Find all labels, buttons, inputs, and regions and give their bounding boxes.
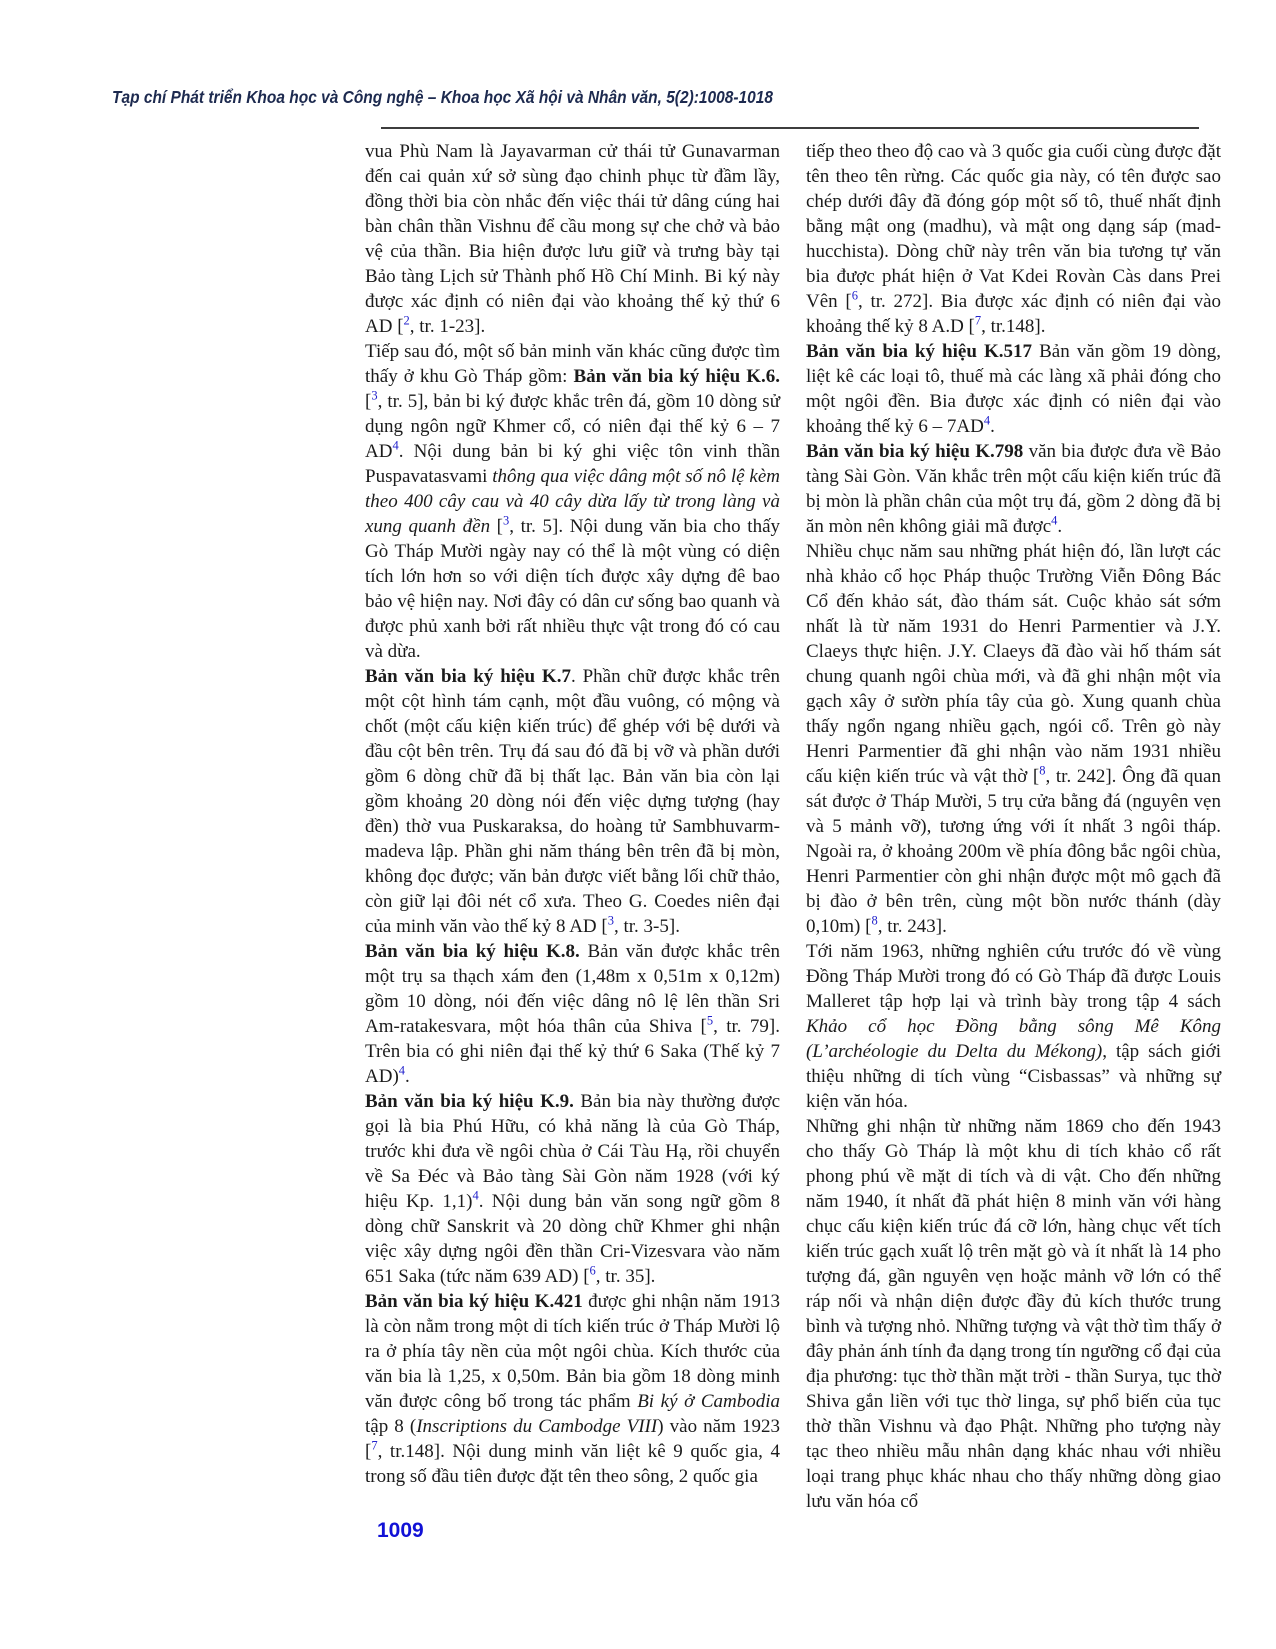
- text-run: Bi ký ở Cambodia: [637, 1391, 780, 1412]
- paragraph: vua Phù Nam là Jayavarman cử thái tử Gun…: [365, 139, 780, 339]
- text-run: .: [405, 1066, 410, 1087]
- paragraph: Những ghi nhận từ những năm 1869 cho đến…: [806, 1114, 1221, 1514]
- text-run: Inscriptions du Cambodge VIII: [416, 1416, 657, 1437]
- paragraph: Tiếp sau đó, một số bản minh văn khác cũ…: [365, 339, 780, 664]
- text-run: Bản văn bia ký hiệu K.798: [806, 441, 1023, 462]
- text-run: , tr.148].: [981, 316, 1045, 337]
- text-run: tập 8 (: [365, 1416, 416, 1437]
- text-run: , tr.148]. Nội dung minh văn liệt kê 9 q…: [365, 1441, 780, 1487]
- page-number: 1009: [377, 1519, 424, 1543]
- paragraph: Bản văn bia ký hiệu K.8. Bản văn được kh…: [365, 939, 780, 1089]
- text-run: Bản văn bia ký hiệu K.9.: [365, 1091, 574, 1112]
- text-run: , tr. 242]. Ông đã quan sát được ở Tháp …: [806, 766, 1221, 937]
- paragraph: tiếp theo theo độ cao và 3 quốc gia cuối…: [806, 139, 1221, 339]
- text-run: Bản văn bia ký hiệu K.6.: [573, 366, 780, 387]
- text-run: , tr. 35].: [596, 1266, 656, 1287]
- paragraph: Bản văn bia ký hiệu K.9. Bản bia này thư…: [365, 1089, 780, 1289]
- paragraph: Bản văn bia ký hiệu K.798 văn bia được đ…: [806, 439, 1221, 539]
- text-run: , tr. 243].: [878, 916, 947, 937]
- paragraph: Bản văn bia ký hiệu K.517 Bản văn gồm 19…: [806, 339, 1221, 439]
- text-run: Bản văn bia ký hiệu K.7: [365, 666, 571, 687]
- text-run: .: [1057, 516, 1062, 537]
- text-run: , tr. 1-23].: [410, 316, 485, 337]
- paragraph: Bản văn bia ký hiệu K.7. Phần chữ được k…: [365, 664, 780, 939]
- paragraph: Bản văn bia ký hiệu K.421 được ghi nhận …: [365, 1289, 780, 1489]
- paragraph: Tới năm 1963, những nghiên cứu trước đó …: [806, 939, 1221, 1114]
- text-run: Bản văn bia ký hiệu K.517: [806, 341, 1032, 362]
- text-run: .: [990, 416, 995, 437]
- text-run: vua Phù Nam là Jayavarman cử thái tử Gun…: [365, 141, 780, 337]
- text-run: Nhiều chục năm sau những phát hiện đó, l…: [806, 541, 1221, 787]
- text-run: . Phần chữ được khắc trên một cột hình t…: [365, 666, 780, 937]
- text-run: Tới năm 1963, những nghiên cứu trước đó …: [806, 941, 1221, 1012]
- text-run: tiếp theo theo độ cao và 3 quốc gia cuối…: [806, 141, 1221, 312]
- header-rule: [381, 127, 1199, 129]
- text-run: Bản văn bia ký hiệu K.421: [365, 1291, 583, 1312]
- article-body: vua Phù Nam là Jayavarman cử thái tử Gun…: [365, 139, 1222, 1514]
- text-run: Những ghi nhận từ những năm 1869 cho đến…: [806, 1116, 1221, 1512]
- journal-header: Tạp chí Phát triển Khoa học và Công nghệ…: [112, 87, 773, 108]
- text-run: [: [490, 516, 503, 537]
- text-run: , tr. 3-5].: [614, 916, 680, 937]
- text-run: , tr. 5]. Nội dung văn bia cho thấy Gò T…: [365, 516, 780, 662]
- left-column: vua Phù Nam là Jayavarman cử thái tử Gun…: [365, 139, 780, 1514]
- paragraph: Nhiều chục năm sau những phát hiện đó, l…: [806, 539, 1221, 939]
- text-run: Bản văn bia ký hiệu K.8.: [365, 941, 580, 962]
- right-column: tiếp theo theo độ cao và 3 quốc gia cuối…: [806, 139, 1221, 1514]
